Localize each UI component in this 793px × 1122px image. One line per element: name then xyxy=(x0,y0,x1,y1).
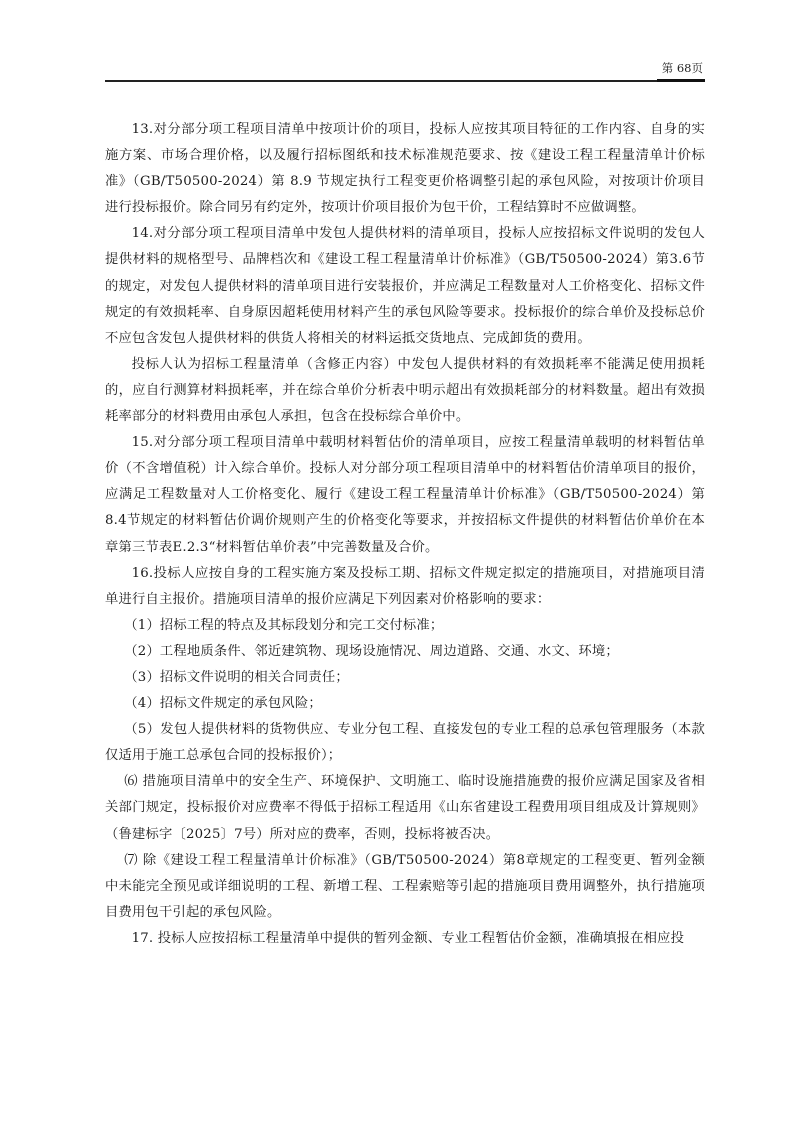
clause-16-item-4: （4）招标文件规定的承包风险； xyxy=(105,691,705,717)
clause-13: 13.对分部分项工程项目清单中按项计价的项目，投标人应按其项目特征的工作内容、自… xyxy=(105,117,705,221)
clause-16-item-7: ⑺ 除《建设工程工程量清单计价标准》（GB/T50500-2024）第8章规定的… xyxy=(105,848,705,926)
page-number: 第 68页 xyxy=(662,60,703,76)
document-body: 13.对分部分项工程项目清单中按项计价的项目，投标人应按其项目特征的工作内容、自… xyxy=(105,117,705,952)
page-header: 第 68页 xyxy=(105,58,705,82)
clause-14-note: 投标人认为招标工程量清单（含修正内容）中发包人提供材料的有效损耗率不能满足使用损… xyxy=(105,352,705,430)
clause-16: 16.投标人应按自身的工程实施方案及投标工期、招标文件规定拟定的措施项目，对措施… xyxy=(105,561,705,613)
clause-15: 15.对分部分项工程项目清单中载明材料暂估价的清单项目，应按工程量清单载明的材料… xyxy=(105,430,705,560)
header-rule xyxy=(105,80,705,82)
clause-14: 14.对分部分项工程项目清单中发包人提供材料的清单项目，投标人应按招标文件说明的… xyxy=(105,221,705,351)
clause-16-item-2: （2）工程地质条件、邻近建筑物、现场设施情况、周边道路、交通、水文、环境； xyxy=(105,639,705,665)
clause-16-item-1: （1）招标工程的特点及其标段划分和完工交付标准； xyxy=(105,613,705,639)
clause-17: 17. 投标人应按招标工程量清单中提供的暂列金额、专业工程暂估价金额，准确填报在… xyxy=(105,926,705,952)
header-rule-accent xyxy=(657,79,705,82)
clause-16-item-5: （5）发包人提供材料的货物供应、专业分包工程、直接发包的专业工程的总承包管理服务… xyxy=(105,717,705,769)
clause-16-item-6: ⑹ 措施项目清单中的安全生产、环境保护、文明施工、临时设施措施费的报价应满足国家… xyxy=(105,769,705,847)
clause-16-item-3: （3）招标文件说明的相关合同责任； xyxy=(105,665,705,691)
